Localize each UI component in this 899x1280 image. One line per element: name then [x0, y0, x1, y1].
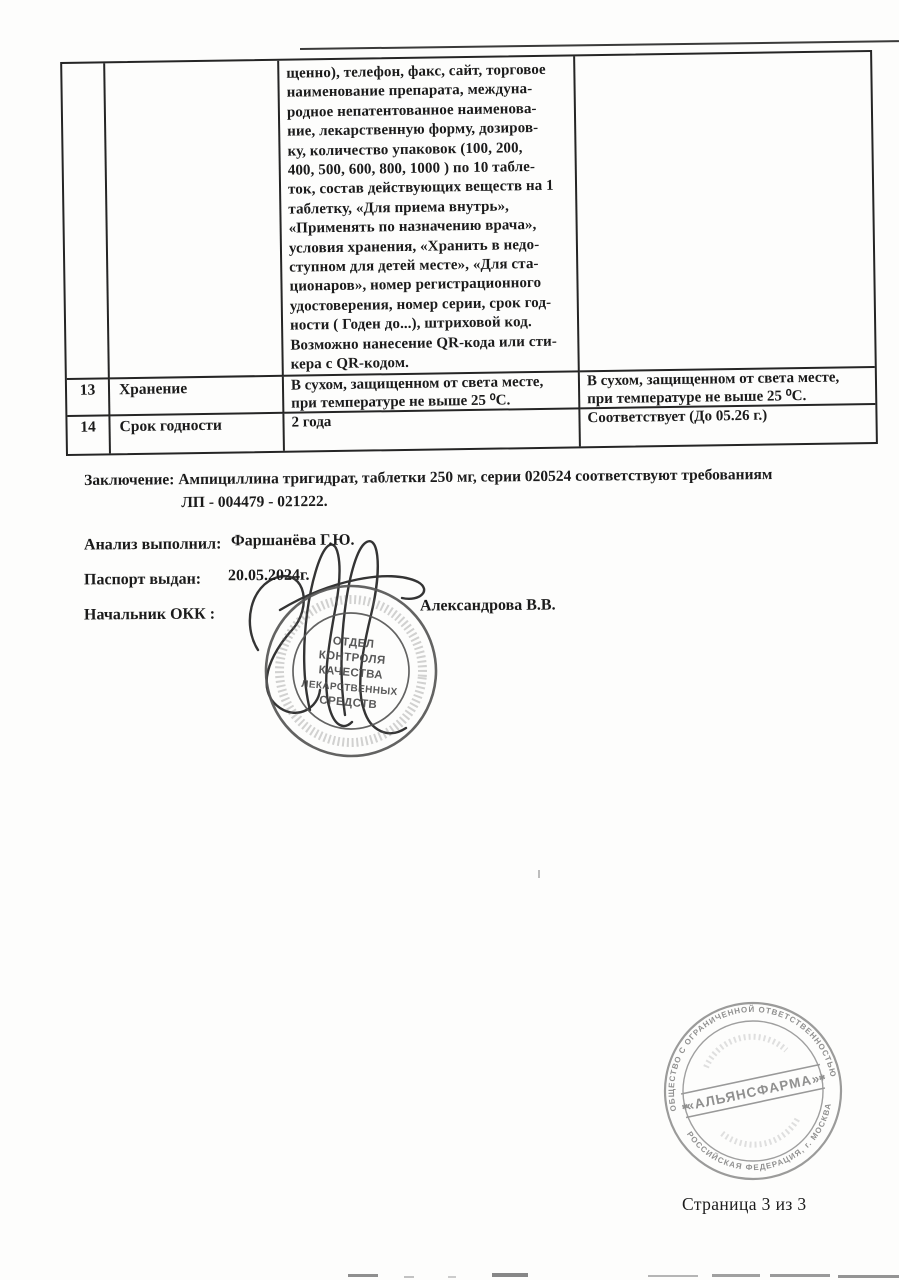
company-stamp-name: «АЛЬЯНСФАРМА» — [685, 1070, 822, 1113]
okk-stamp-line5: СРЕДСТВ — [319, 694, 378, 711]
table-row14-num: 14 — [67, 416, 111, 454]
analysis-by-label: Анализ выполнил: — [84, 536, 222, 555]
scan-artifact — [648, 1275, 698, 1277]
table-row14-name: Срок годности — [110, 414, 285, 454]
stamp-illegible-arc-bottom — [722, 1117, 802, 1152]
table-row13-result: В сухом, защищенном от света месте, при … — [580, 368, 876, 409]
scan-artifact — [348, 1274, 378, 1277]
table-cell-cont-num — [62, 63, 110, 380]
scan-artifact — [492, 1273, 528, 1277]
okk-stamp-line3: КАЧЕСТВА — [318, 664, 383, 682]
table-cell-cont-requirement: щенно), телефон, факс, сайт, торговое на… — [279, 56, 580, 376]
table-row13-num: 13 — [67, 379, 111, 417]
quality-table: щенно), телефон, факс, сайт, торговое на… — [60, 50, 878, 456]
company-round-stamp: ОБЩЕСТВО С ОГРАНИЧЕННОЙ ОТВЕТСТВЕННОСТЬЮ… — [643, 981, 864, 1202]
table-cell-cont-name — [105, 61, 284, 380]
okk-stamp-line1: ОТДЕЛ — [332, 635, 375, 651]
table-cell-cont-result — [575, 52, 875, 372]
chief-okk-label: Начальник ОКК : — [84, 606, 215, 625]
scan-artifact — [770, 1274, 830, 1277]
scan-artifact — [712, 1274, 760, 1277]
scan-artifact — [404, 1276, 414, 1278]
scanned-quality-passport-page: щенно), телефон, факс, сайт, торговое на… — [0, 0, 899, 1280]
table-row13-requirement: В сухом, защищенном от света месте, при … — [284, 372, 581, 413]
scan-artifact — [538, 870, 540, 878]
table-row13-name: Хранение — [110, 377, 285, 417]
conclusion-reg-number: ЛП - 004479 - 021222. — [181, 485, 834, 514]
table-row14-requirement: 2 года — [284, 409, 581, 450]
scan-artifact — [838, 1275, 899, 1278]
table-row14-result: Соответствует (До 05.26 г.) — [580, 405, 876, 446]
okk-stamp-line4: ЛЕКАРСТВЕННЫХ — [301, 679, 398, 698]
scan-artifact — [448, 1276, 456, 1278]
conclusion-block: Заключение: Ампициллина тригидрат, табле… — [84, 462, 834, 515]
scan-line-artifact — [300, 40, 899, 50]
okk-round-stamp: ОТДЕЛ КОНТРОЛЯ КАЧЕСТВА ЛЕКАРСТВЕННЫХ СР… — [255, 575, 448, 768]
stamp-star-right-icon: ✱ — [818, 1073, 827, 1083]
stamp-illegible-arc-top — [702, 1029, 787, 1067]
conclusion-text: Заключение: Ампициллина тригидрат, табле… — [84, 466, 772, 489]
page-number: Страница 3 из 3 — [682, 1194, 807, 1215]
passport-issued-label: Паспорт выдан: — [84, 571, 201, 590]
